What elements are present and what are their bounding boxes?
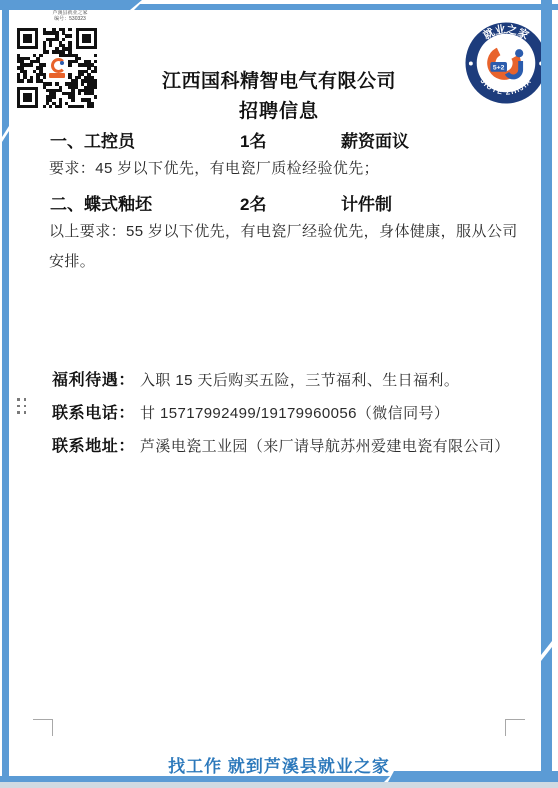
qr-center-logo-icon — [48, 57, 66, 79]
benefits-label: 福利待遇： — [52, 372, 135, 389]
logo-g-swirl-icon — [51, 58, 66, 73]
job-1-pay: 薪资面议 — [341, 127, 409, 152]
text-boundary-corner-right — [505, 719, 525, 736]
job-1-heading: 一、工控员 — [50, 127, 135, 152]
benefits-row: 福利待遇：入职 15 天后购买五险，三节福利、生日福利。 — [52, 367, 459, 390]
address-row: 联系地址：芦溪电瓷工业园（来厂请导航苏州爱建电瓷有限公司） — [52, 433, 510, 456]
page-title: 招聘信息 — [0, 96, 558, 123]
phone-text: 甘 15717992499/19179960056（微信同号） — [140, 405, 449, 422]
anchor-dots-icon — [17, 398, 27, 414]
logo-dot-icon — [60, 61, 64, 65]
logo-banner-icon — [49, 73, 65, 78]
company-name: 江西国科精智电气有限公司 — [0, 66, 558, 93]
phone-row: 联系电话：甘 15717992499/19179960056（微信同号） — [52, 400, 449, 423]
qr-caption: 芦溪县就业之家 编号：530323 — [38, 10, 102, 22]
qr-finder-icon — [17, 28, 38, 49]
text-boundary-corner-left — [33, 719, 53, 736]
benefits-text: 入职 15 天后购买五险，三节福利、生日福利。 — [140, 372, 459, 389]
job-2-requirement-line2: 安排。 — [49, 250, 95, 271]
job-2-count: 2名 — [240, 190, 266, 215]
qr-caption-line2: 编号：530323 — [38, 16, 102, 22]
job-1-requirement: 要求：45 岁以下优先，有电瓷厂质检经验优先； — [49, 157, 379, 178]
phone-label: 联系电话： — [52, 405, 135, 422]
address-text: 芦溪电瓷工业园（来厂请导航苏州爱建电瓷有限公司） — [140, 438, 510, 455]
job-1-count: 1名 — [240, 127, 266, 152]
address-label: 联系地址： — [52, 438, 135, 455]
badge-head-dot-icon — [515, 49, 523, 57]
recruitment-poster: 芦溪县就业之家 编号：530323 就业之家 JIUYE — [0, 0, 558, 788]
job-2-requirement-line1: 以上要求：55 岁以下优先，有电瓷厂经验优先，身体健康，服从公司 — [49, 220, 518, 241]
job-2-heading: 二、蝶式釉坯 — [50, 190, 152, 215]
qr-finder-icon — [76, 28, 97, 49]
job-2-pay: 计件制 — [341, 190, 392, 215]
footer-slogan: 找工作 就到芦溪县就业之家 — [0, 752, 558, 777]
